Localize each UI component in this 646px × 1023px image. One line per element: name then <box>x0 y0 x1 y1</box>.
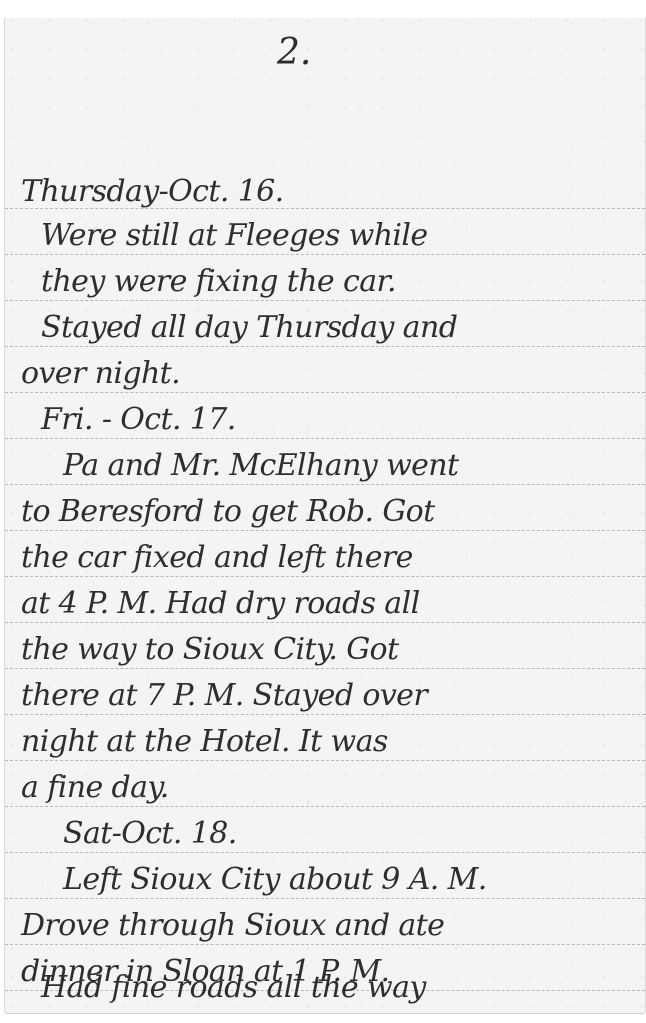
ruled-line <box>5 346 645 347</box>
text-line: the car fixed and left there <box>21 540 631 576</box>
text-line: Left Sioux City about 9 A. M. <box>63 862 646 898</box>
ruled-line <box>5 668 645 669</box>
text-line: there at 7 P. M. Stayed over <box>21 678 631 714</box>
ruled-line <box>5 300 645 301</box>
text-line: Were still at Fleeges while <box>41 218 646 254</box>
ruled-line <box>5 254 645 255</box>
ruled-line <box>5 392 645 393</box>
text-line: at 4 P. M. Had dry roads all <box>21 586 631 622</box>
text-line: the way to Sioux City. Got <box>21 632 631 668</box>
page-number: 2. <box>277 32 311 73</box>
text-line: Pa and Mr. McElhany went <box>63 448 646 484</box>
ruled-line <box>5 944 645 945</box>
date-heading: Sat-Oct. 18. <box>63 816 646 852</box>
text-line: they were fixing the car. <box>41 264 646 300</box>
text-line: a fine day. <box>21 770 631 806</box>
ruled-line <box>5 438 645 439</box>
ruled-line <box>5 530 645 531</box>
date-heading: Thursday-Oct. 16. <box>21 174 631 210</box>
ruled-line <box>5 484 645 485</box>
ruled-line <box>5 760 645 761</box>
text-line: over night. <box>21 356 631 392</box>
date-heading: Fri. - Oct. 17. <box>41 402 646 438</box>
diary-page: 2. Thursday-Oct. 16. Were still at Fleeg… <box>4 18 646 1014</box>
ruled-line <box>5 576 645 577</box>
ruled-line <box>5 898 645 899</box>
text-line: to Beresford to get Rob. Got <box>21 494 631 530</box>
ruled-line <box>5 622 645 623</box>
ruled-line <box>5 806 645 807</box>
text-line: night at the Hotel. It was <box>21 724 631 760</box>
text-line: Had fine roads all the way <box>41 970 646 1006</box>
ruled-line <box>5 852 645 853</box>
text-line: Stayed all day Thursday and <box>41 310 646 346</box>
ruled-line <box>5 714 645 715</box>
text-line: Drove through Sioux and ate <box>21 908 631 944</box>
